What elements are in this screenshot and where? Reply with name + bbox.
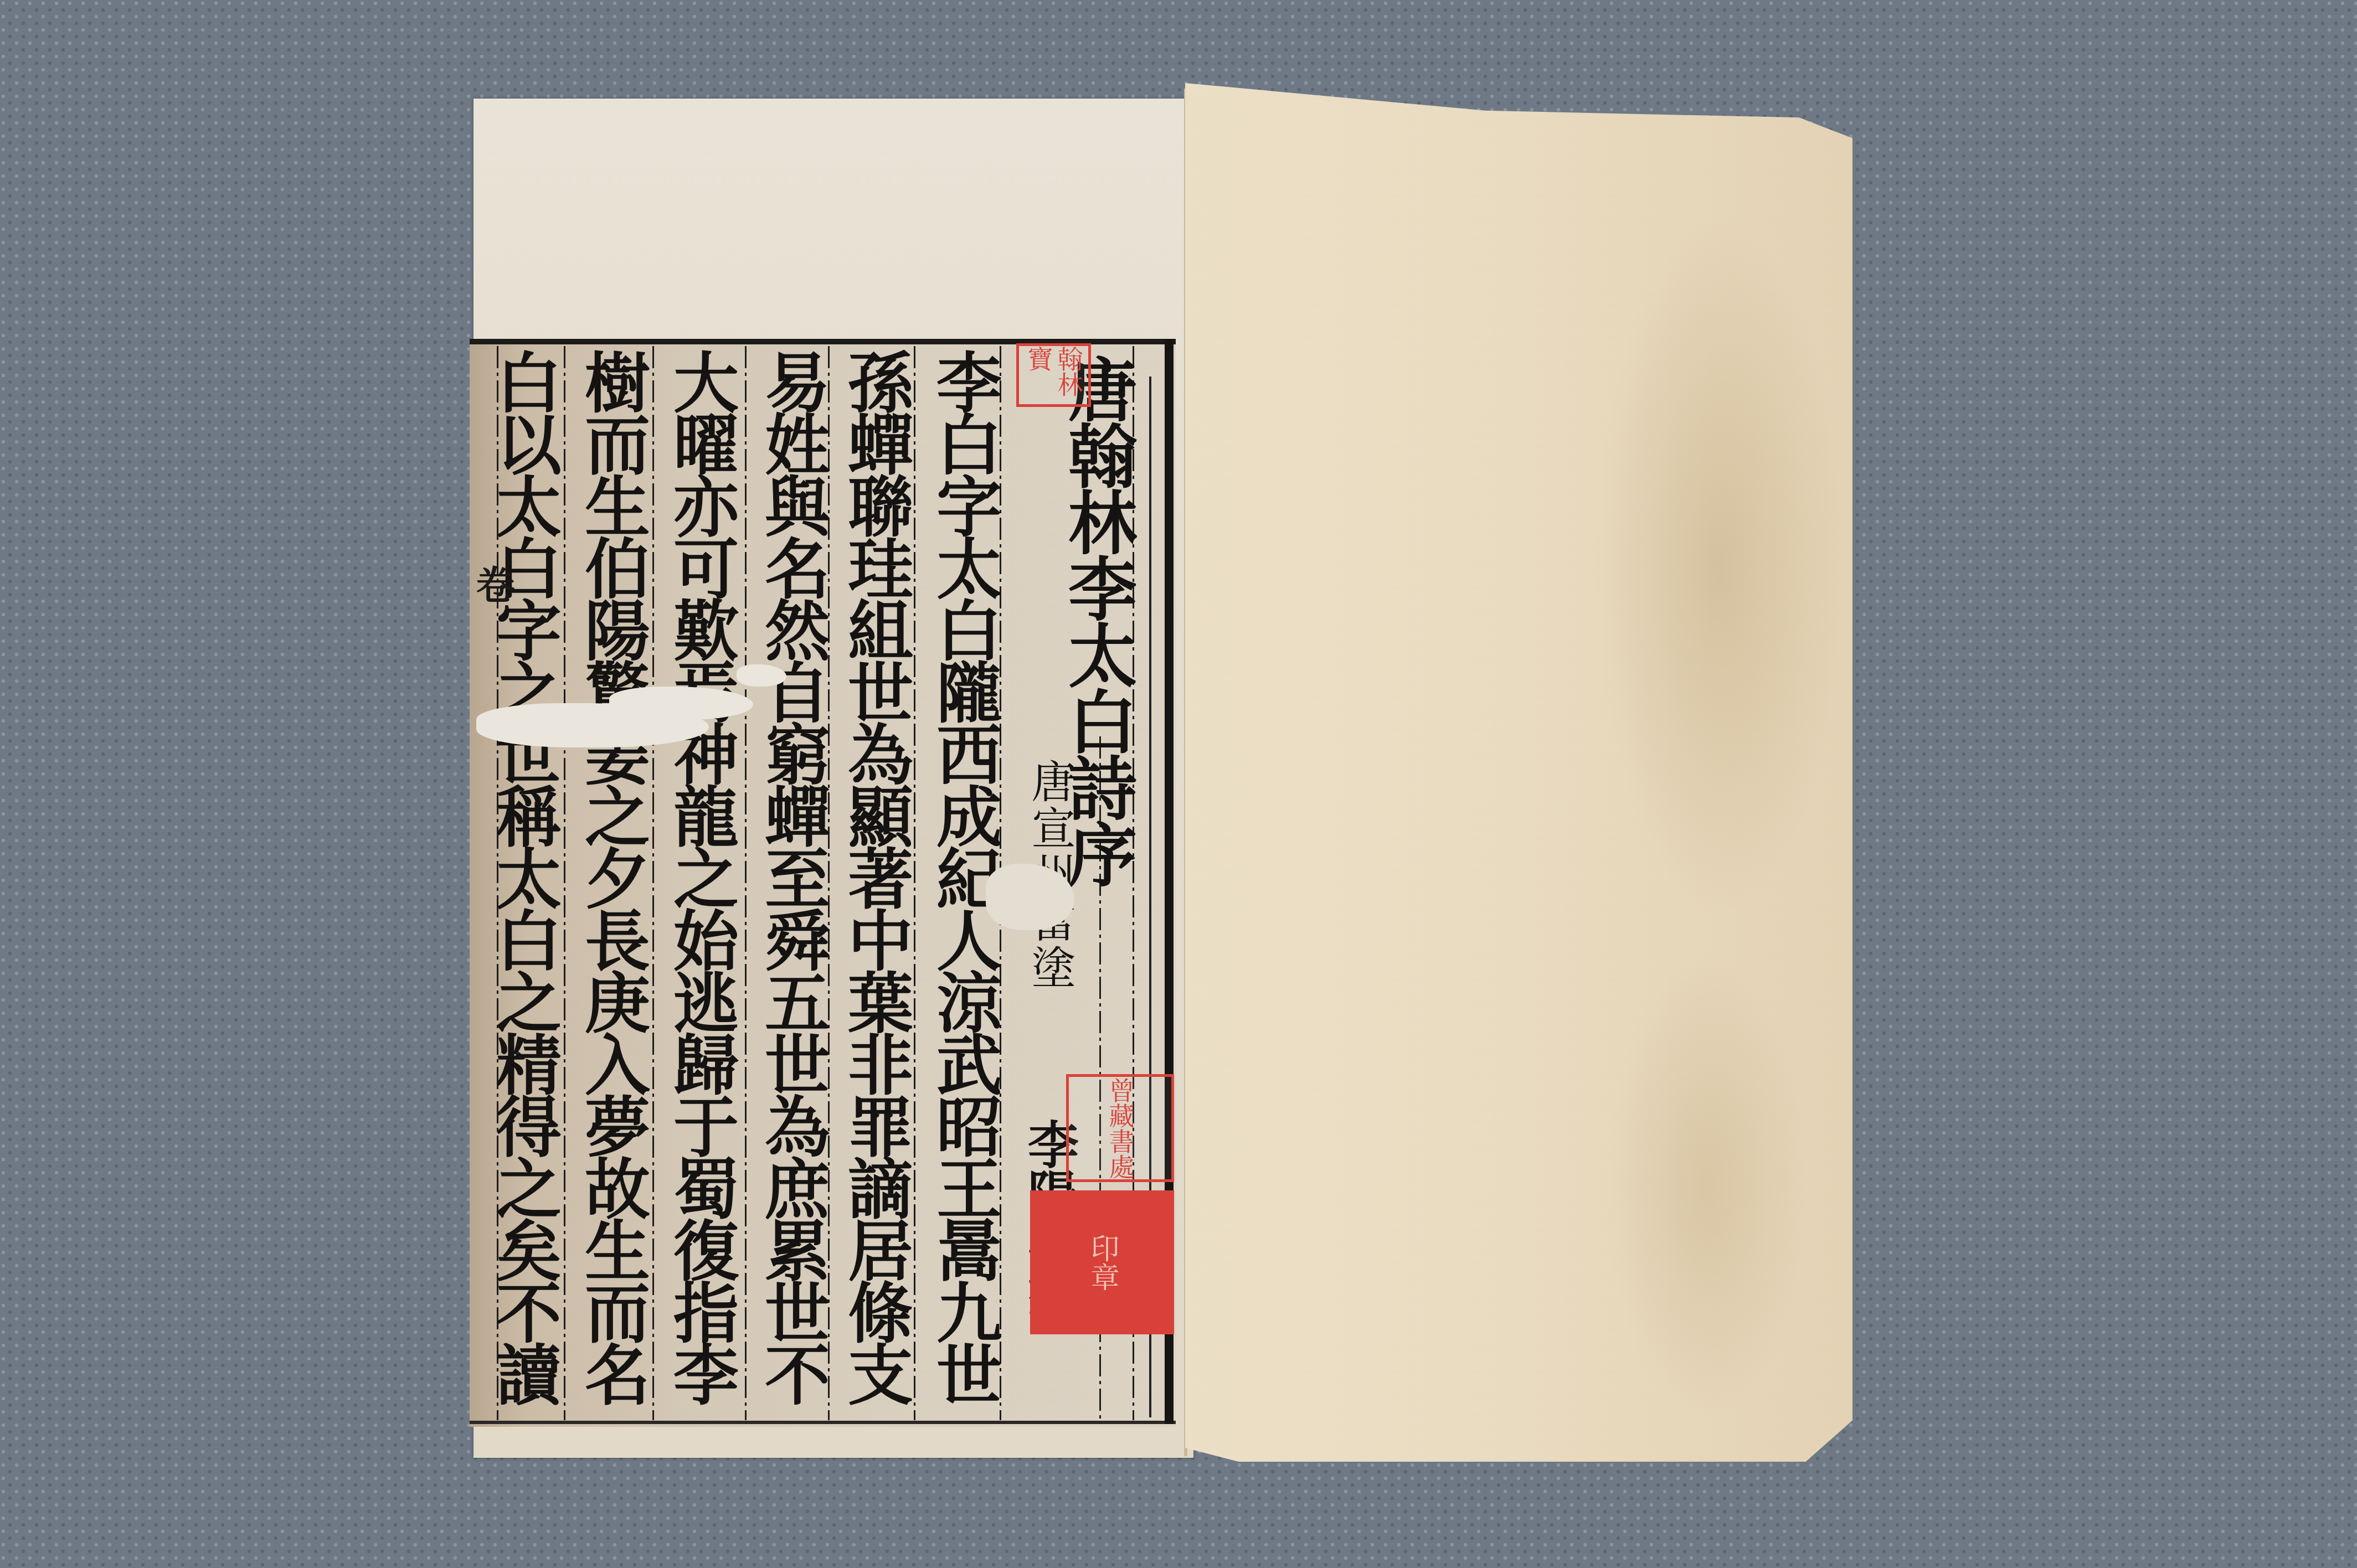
- collector-seal-solid: 印章: [1030, 1190, 1174, 1334]
- text-column-3: 易姓與名然自窮蟬至舜五世為庶累世不: [750, 349, 833, 1403]
- collector-seal-top: 翰林寶: [1016, 343, 1091, 407]
- text-column-5: 樹而生伯陽驚姜之夕長庚入夢故生而名: [570, 349, 653, 1403]
- column-rule: [745, 346, 747, 1420]
- collector-seal-outline: 曾藏書處: [1066, 1074, 1174, 1182]
- text-column-4: 大曜亦可歎焉神龍之始逃歸于蜀復指李: [659, 349, 742, 1403]
- folded-blank-sheet: [1185, 83, 1852, 1462]
- page-frame-bottom-border: [470, 1421, 1176, 1424]
- margin-marker: 卷: [476, 565, 521, 604]
- paper-tear: [737, 664, 786, 687]
- text-column-6: 白以太白字之世稱太白之精得之矣不讀: [482, 349, 565, 1403]
- text-column-2: 孫蟬聯珪組世為顯著中葉非罪謫居條支: [833, 349, 917, 1403]
